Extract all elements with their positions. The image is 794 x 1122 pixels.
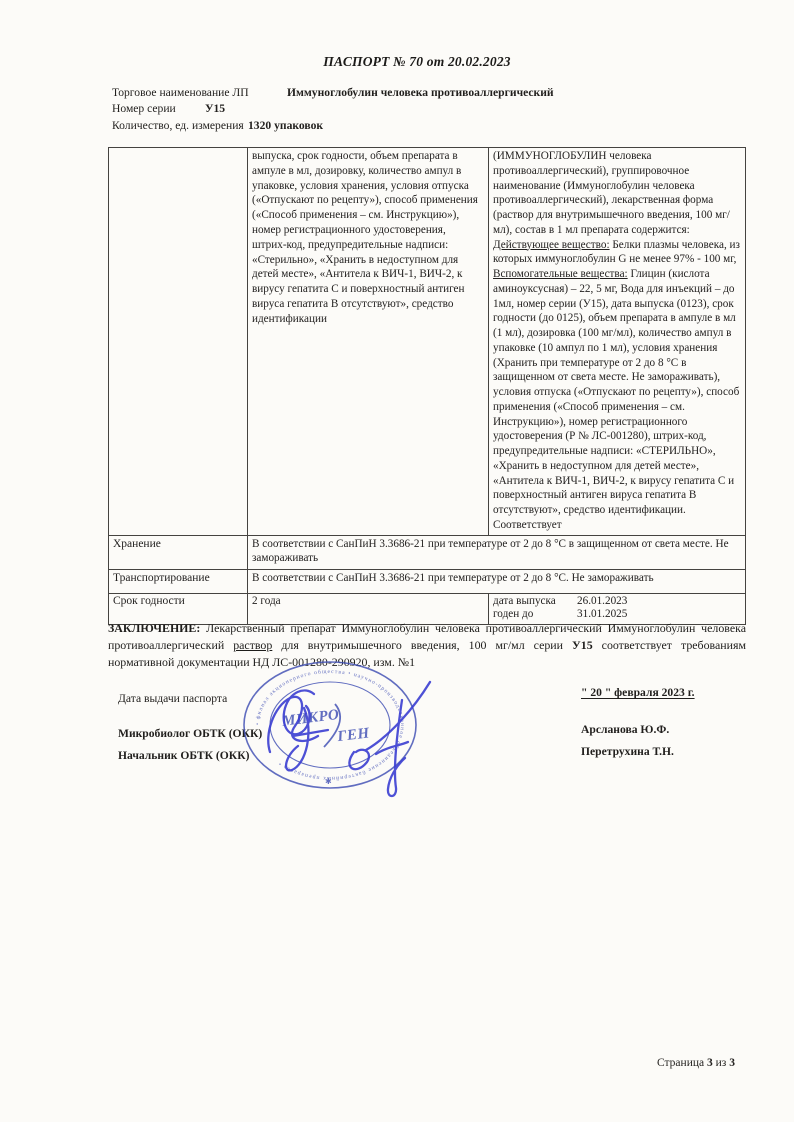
field-value: У15 xyxy=(205,101,225,117)
company-stamp: МИКРО ГЕН • филиал акционерного общества… xyxy=(233,650,428,800)
field-value: 1320 упаковок xyxy=(248,118,323,134)
table-row-storage: Хранение В соответствии с СанПиН 3.3686-… xyxy=(109,535,746,569)
stamp-border-rings xyxy=(244,662,416,788)
table-row-main: выпуска, срок годности, объем препарата … xyxy=(109,148,746,536)
role-head-obtk: Начальник ОБТК (ОКК) xyxy=(118,749,249,762)
spec-table: выпуска, срок годности, объем препарата … xyxy=(108,147,746,625)
release-date-label: дата выпуска xyxy=(493,595,577,609)
page-title: ПАСПОРТ № 70 от 20.02.2023 xyxy=(40,54,794,70)
stamp-text-mikro: МИКРО xyxy=(280,707,340,730)
field-label: Номер серии xyxy=(112,101,205,117)
table-row-transport: Транспортирование В соответствии с СанПи… xyxy=(109,569,746,593)
header-fields: Торговое наименование ЛП Иммуноглобулин … xyxy=(112,85,554,134)
field-label: Торговое наименование ЛП xyxy=(112,85,287,101)
conclusion-paragraph: ЗАКЛЮЧЕНИЕ: Лекарственный препарат Иммун… xyxy=(108,620,746,672)
role-microbiologist: Микробиолог ОБТК (ОКК) xyxy=(118,727,262,740)
header-field-trade-name: Торговое наименование ЛП Иммуноглобулин … xyxy=(112,85,554,101)
cell-packaging-requirements: выпуска, срок годности, объем препарата … xyxy=(248,148,489,536)
transport-value: В соответствии с СанПиН 3.3686-21 при те… xyxy=(248,569,746,593)
storage-label: Хранение xyxy=(109,535,248,569)
storage-value: В соответствии с СанПиН 3.3686-21 при те… xyxy=(248,535,746,569)
name-peretrukhina: Перетрухина Т.Н. xyxy=(581,745,674,758)
cell-inspection-results: (ИММУНОГЛОБУЛИН человека противоаллергич… xyxy=(489,148,746,536)
stamp-texts: МИКРО ГЕН • филиал акционерного общества… xyxy=(254,668,405,786)
release-date-value: 26.01.2023 xyxy=(577,595,627,609)
issue-date-value: " 20 " февраля 2023 г. xyxy=(581,686,695,699)
field-value: Иммуноглобулин человека противоаллергиче… xyxy=(287,85,554,101)
field-label: Количество, ед. измерения xyxy=(112,118,248,134)
stamp-ring-text: • филиал акционерного общества • научно-… xyxy=(254,668,405,782)
handwritten-signatures xyxy=(230,648,460,808)
signature-head xyxy=(349,682,430,796)
stamp-text-gen: ГЕН xyxy=(336,725,372,745)
header-field-quantity: Количество, ед. измерения 1320 упаковок xyxy=(112,118,554,134)
passport-document-page: ПАСПОРТ № 70 от 20.02.2023 Торговое наим… xyxy=(0,0,794,1122)
release-date-line: дата выпуска 26.01.2023 xyxy=(493,595,740,609)
transport-label: Транспортирование xyxy=(109,569,248,593)
header-field-series-number: Номер серии У15 xyxy=(112,101,554,117)
signature-ink xyxy=(268,682,430,796)
name-arslanova: Арсланова Ю.Ф. xyxy=(581,723,669,736)
page-number: Страница 3 из 3 xyxy=(657,1057,735,1069)
signature-microbiologist xyxy=(268,690,328,770)
cell-empty-left xyxy=(109,148,248,536)
issue-date-label: Дата выдачи паспорта xyxy=(118,692,227,705)
stamp-star: ✱ xyxy=(325,777,332,786)
